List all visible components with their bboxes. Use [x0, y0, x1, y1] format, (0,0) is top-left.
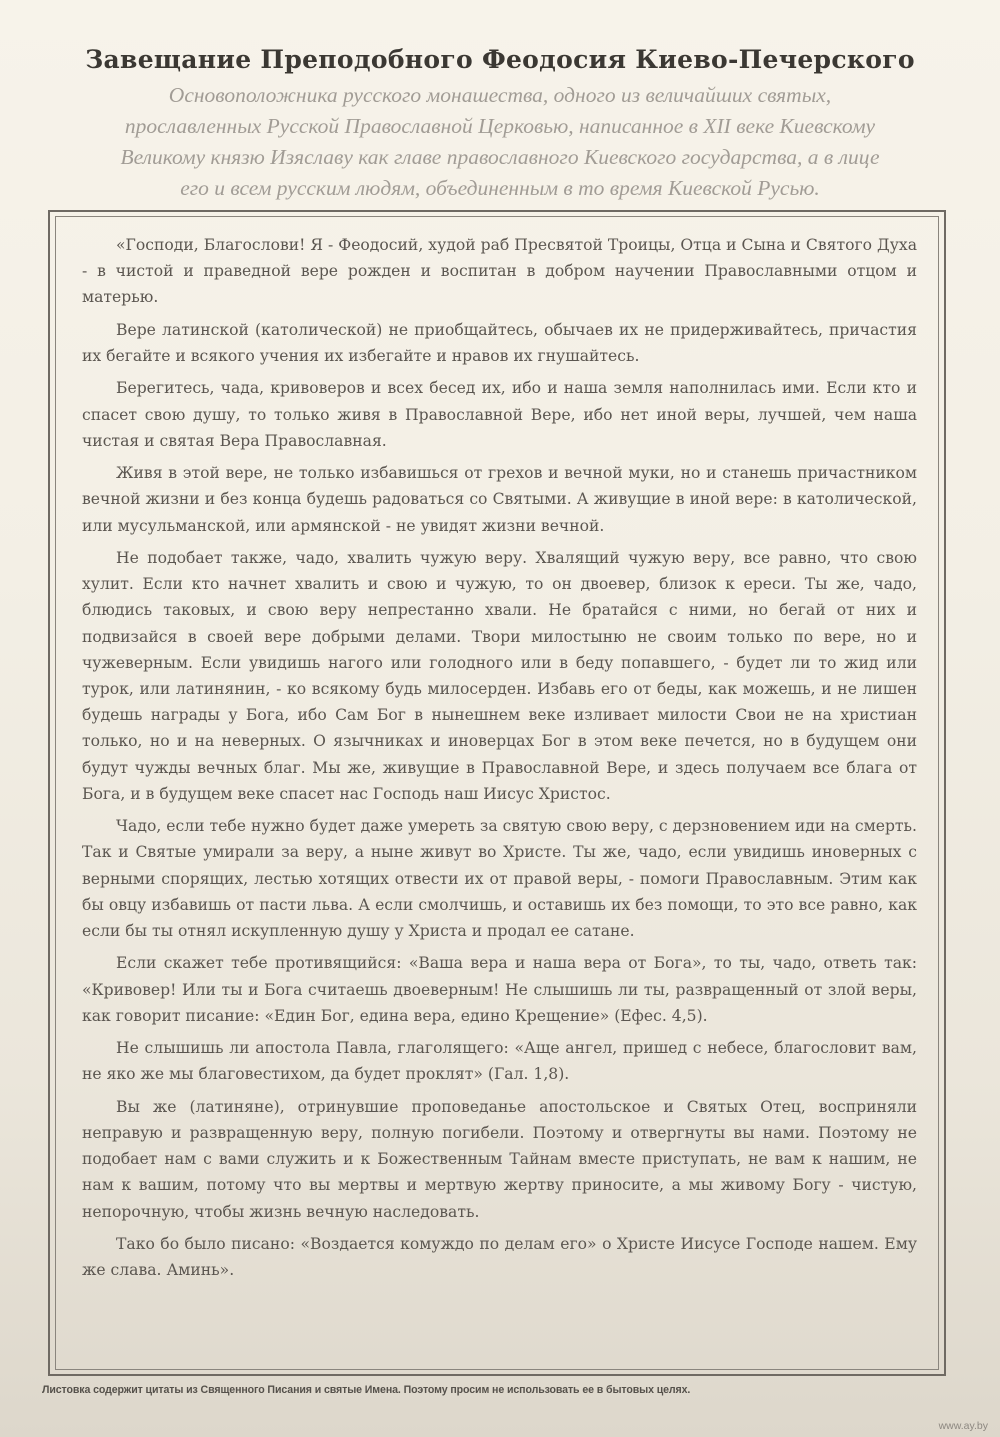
paragraph: Не подобает также, чадо, хвалить чужую в…	[82, 545, 917, 807]
paragraph: Вере латинской (католической) не приобща…	[82, 317, 917, 369]
paragraph: Живя в этой вере, не только избавишься о…	[82, 460, 917, 539]
site-watermark: www.ay.by	[939, 1420, 988, 1432]
paragraph: Чадо, если тебе нужно будет даже умереть…	[82, 813, 917, 944]
paragraph: Тако бо было писано: «Воздается комуждо …	[82, 1231, 917, 1283]
paragraph: Не слышишь ли апостола Павла, глаголящег…	[82, 1035, 917, 1087]
paragraph: Если скажет тебе противящийся: «Ваша вер…	[82, 950, 917, 1029]
paragraph: Берегитесь, чада, кривоверов и всех бесе…	[82, 375, 917, 454]
document-subtitle: Основоположника русского монашества, одн…	[0, 80, 1000, 204]
paragraph: «Господи, Благослови! Я - Феодосий, худо…	[82, 232, 917, 311]
subtitle-line: Основоположника русского монашества, одн…	[0, 80, 1000, 111]
document-header: Завещание Преподобного Феодосия Киево-Пе…	[0, 40, 1000, 204]
subtitle-line: Великому князю Изяславу как главе правос…	[0, 142, 1000, 173]
subtitle-line: его и всем русским людям, объединенным в…	[0, 173, 1000, 204]
paragraph: Вы же (латиняне), отринувшие проповедань…	[82, 1094, 917, 1225]
document-title: Завещание Преподобного Феодосия Киево-Пе…	[0, 40, 1000, 80]
subtitle-line: прославленных Русской Православной Церко…	[0, 111, 1000, 142]
footer-note: Листовка содержит цитаты из Священного П…	[42, 1384, 690, 1396]
testament-body: «Господи, Благослови! Я - Феодосий, худо…	[82, 232, 917, 1290]
